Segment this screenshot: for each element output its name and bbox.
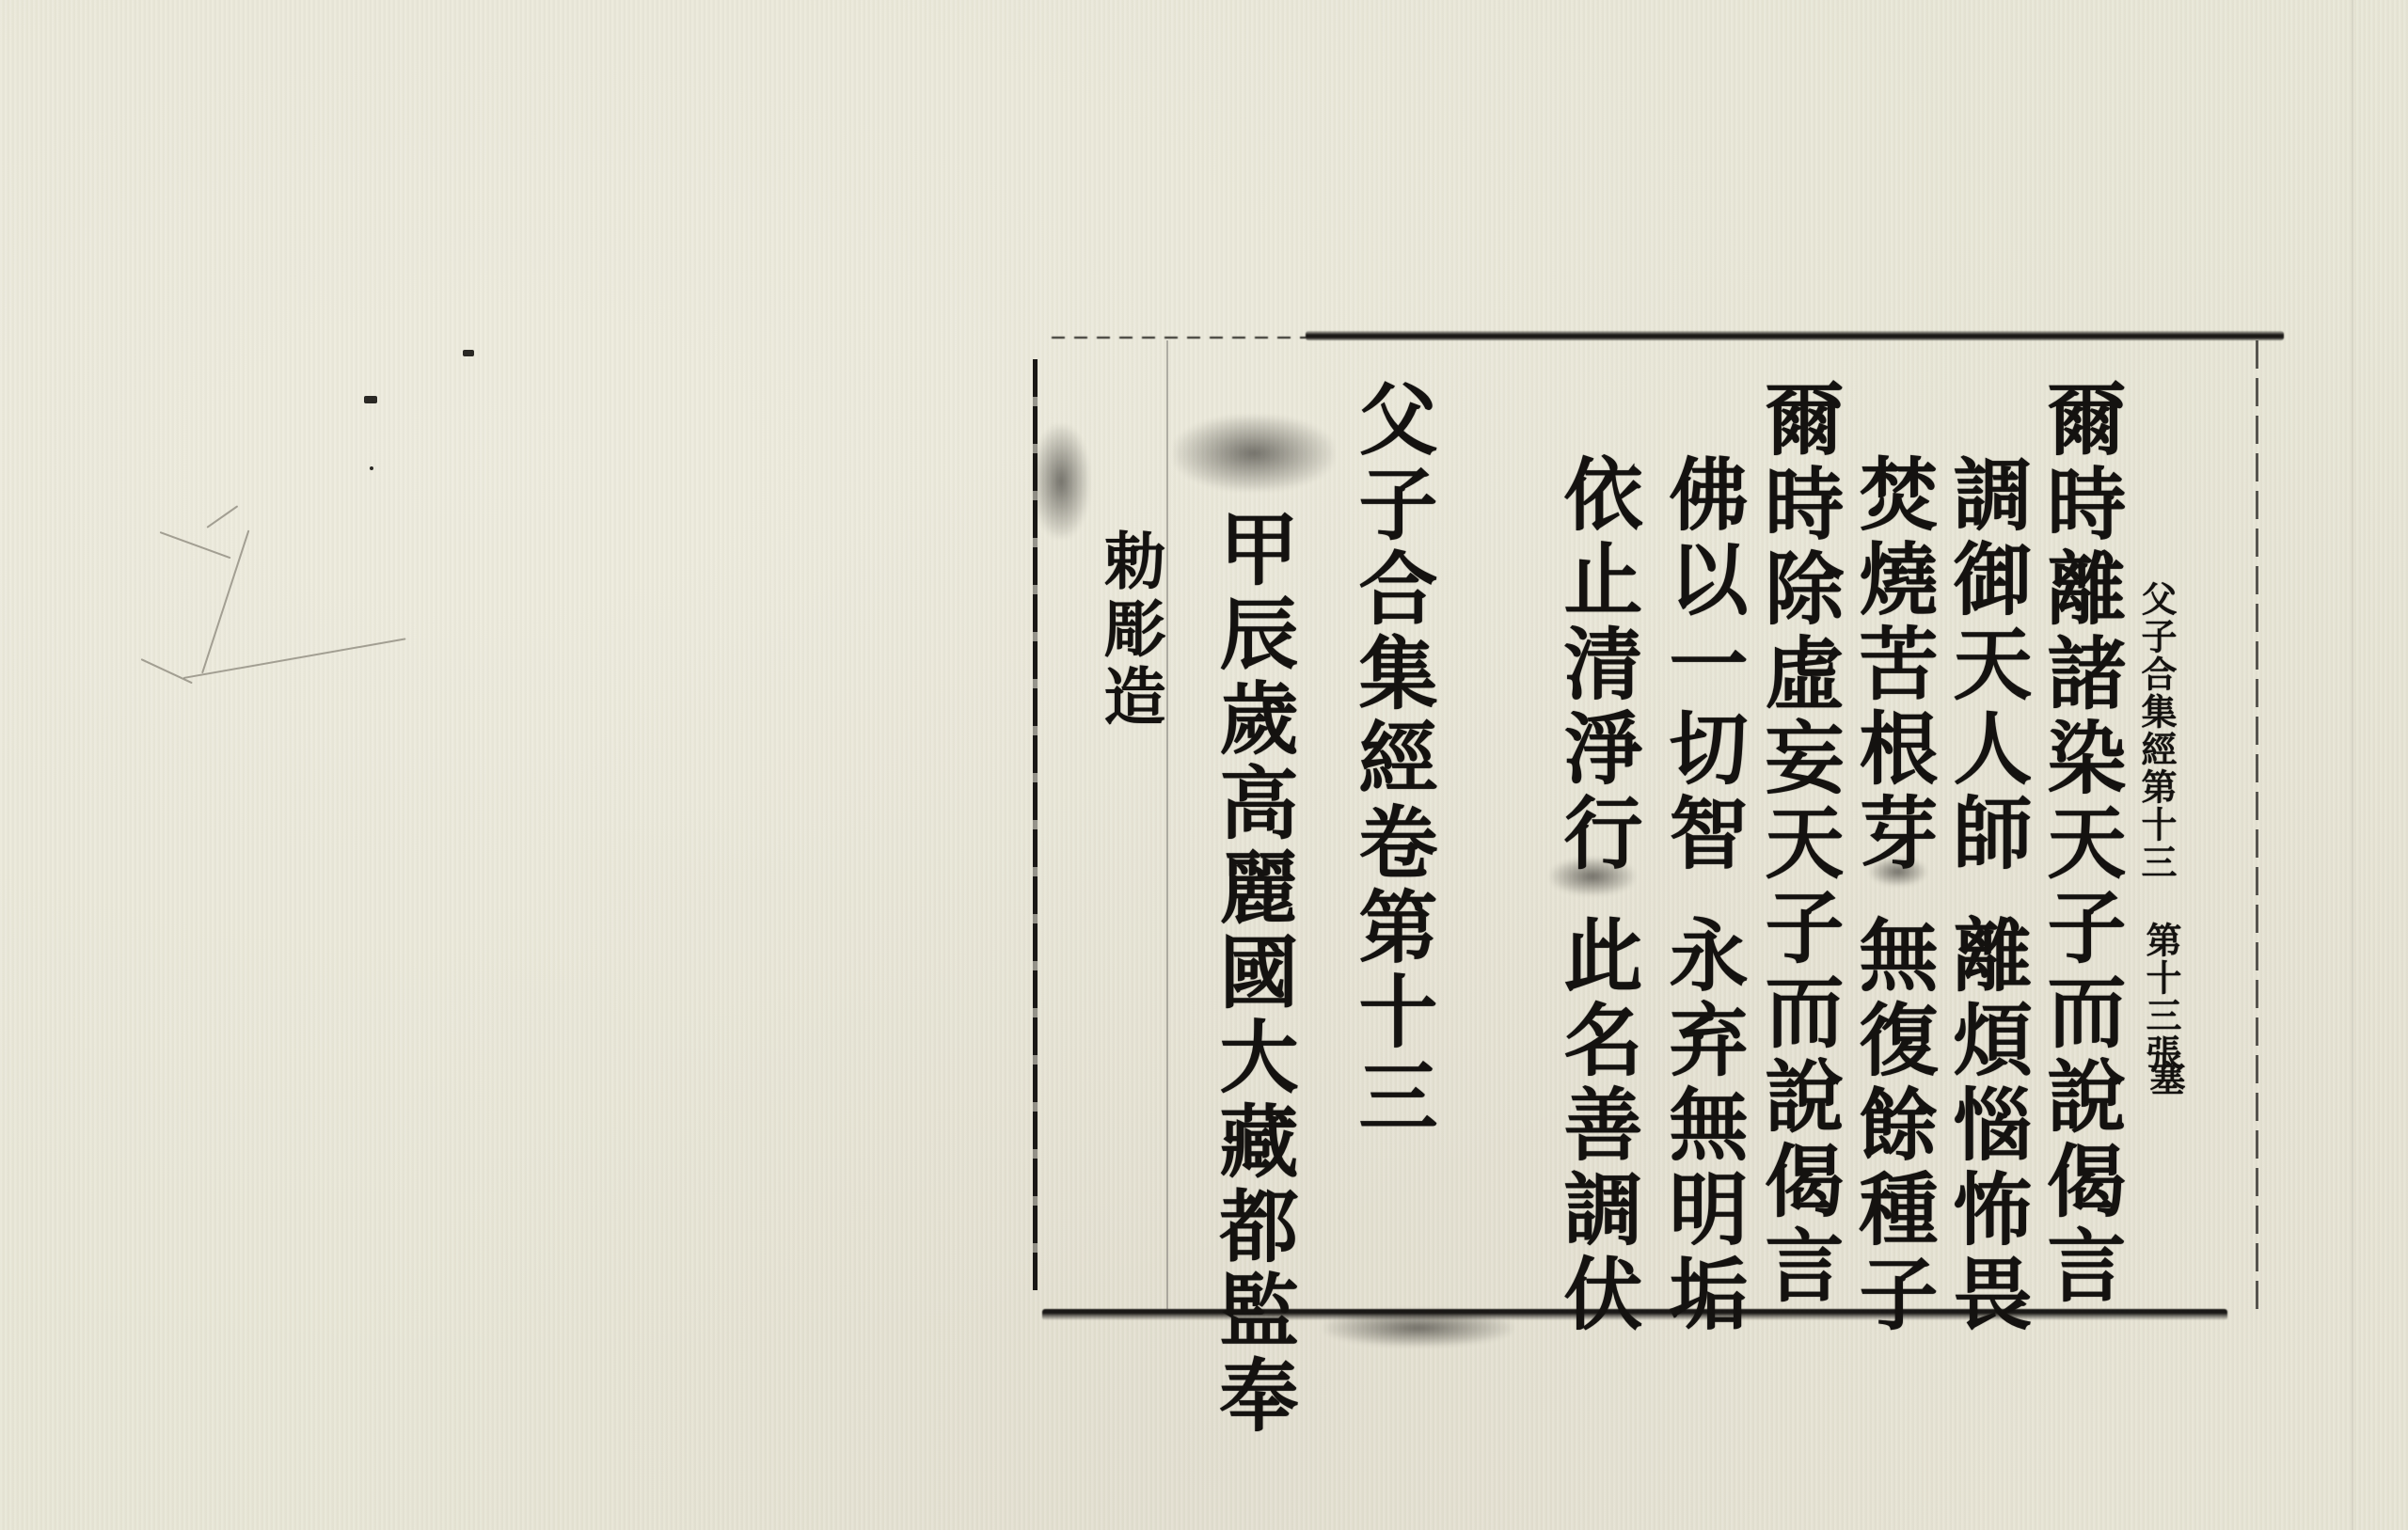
colophon-imperial-order: 勅彫造 (1099, 528, 1161, 732)
text-column-1: 爾時離諸染天子而說偈言 (2041, 378, 2120, 1309)
margin-leaf-number: 第十三張 (2143, 922, 2178, 1072)
colophon-publication-note: 甲辰歲高麗國大藏都監奉 (1213, 508, 1292, 1439)
text-column-6-top: 依止清淨行 (1558, 453, 1637, 876)
column-divider-line (1166, 340, 1168, 1309)
text-column-6-bottom: 此名善調伏 (1558, 914, 1637, 1337)
text-column-5-bottom: 永弃無明垢 (1663, 914, 1742, 1337)
ink-smudge (1033, 425, 1089, 538)
margin-carver-mark: 塞 (2147, 1060, 2182, 1097)
text-column-5-top: 佛以一切智 (1663, 453, 1742, 876)
frame-top-border (1306, 331, 2284, 340)
volume-end-title: 父子合集經卷第十三 (1353, 378, 1432, 1140)
text-column-2-bottom: 離煩惱怖畏 (1947, 914, 2026, 1337)
text-column-2-top: 調御天人師 (1947, 453, 2026, 876)
ink-smudge (1324, 1309, 1513, 1347)
text-column-3-bottom: 無復餘種子 (1853, 914, 1932, 1337)
paper-speck (364, 396, 377, 403)
paper-speck (463, 350, 474, 356)
margin-title-note: 父子合集經第十三 (2138, 580, 2174, 881)
printed-block: 爾時離諸染天子而說偈言 父子合集經第十三 第十三張 塞 調御天人師 離煩惱怖畏 … (1042, 331, 2256, 1318)
frame-right-border (2256, 340, 2258, 1309)
paper-speck (370, 466, 373, 470)
ink-smudge (1174, 416, 1334, 491)
fold-line (2352, 0, 2353, 1530)
text-column-3-top: 焚燒苦根芽 (1853, 453, 1932, 876)
text-column-4: 爾時除虛妄天子而說偈言 (1759, 378, 1838, 1309)
